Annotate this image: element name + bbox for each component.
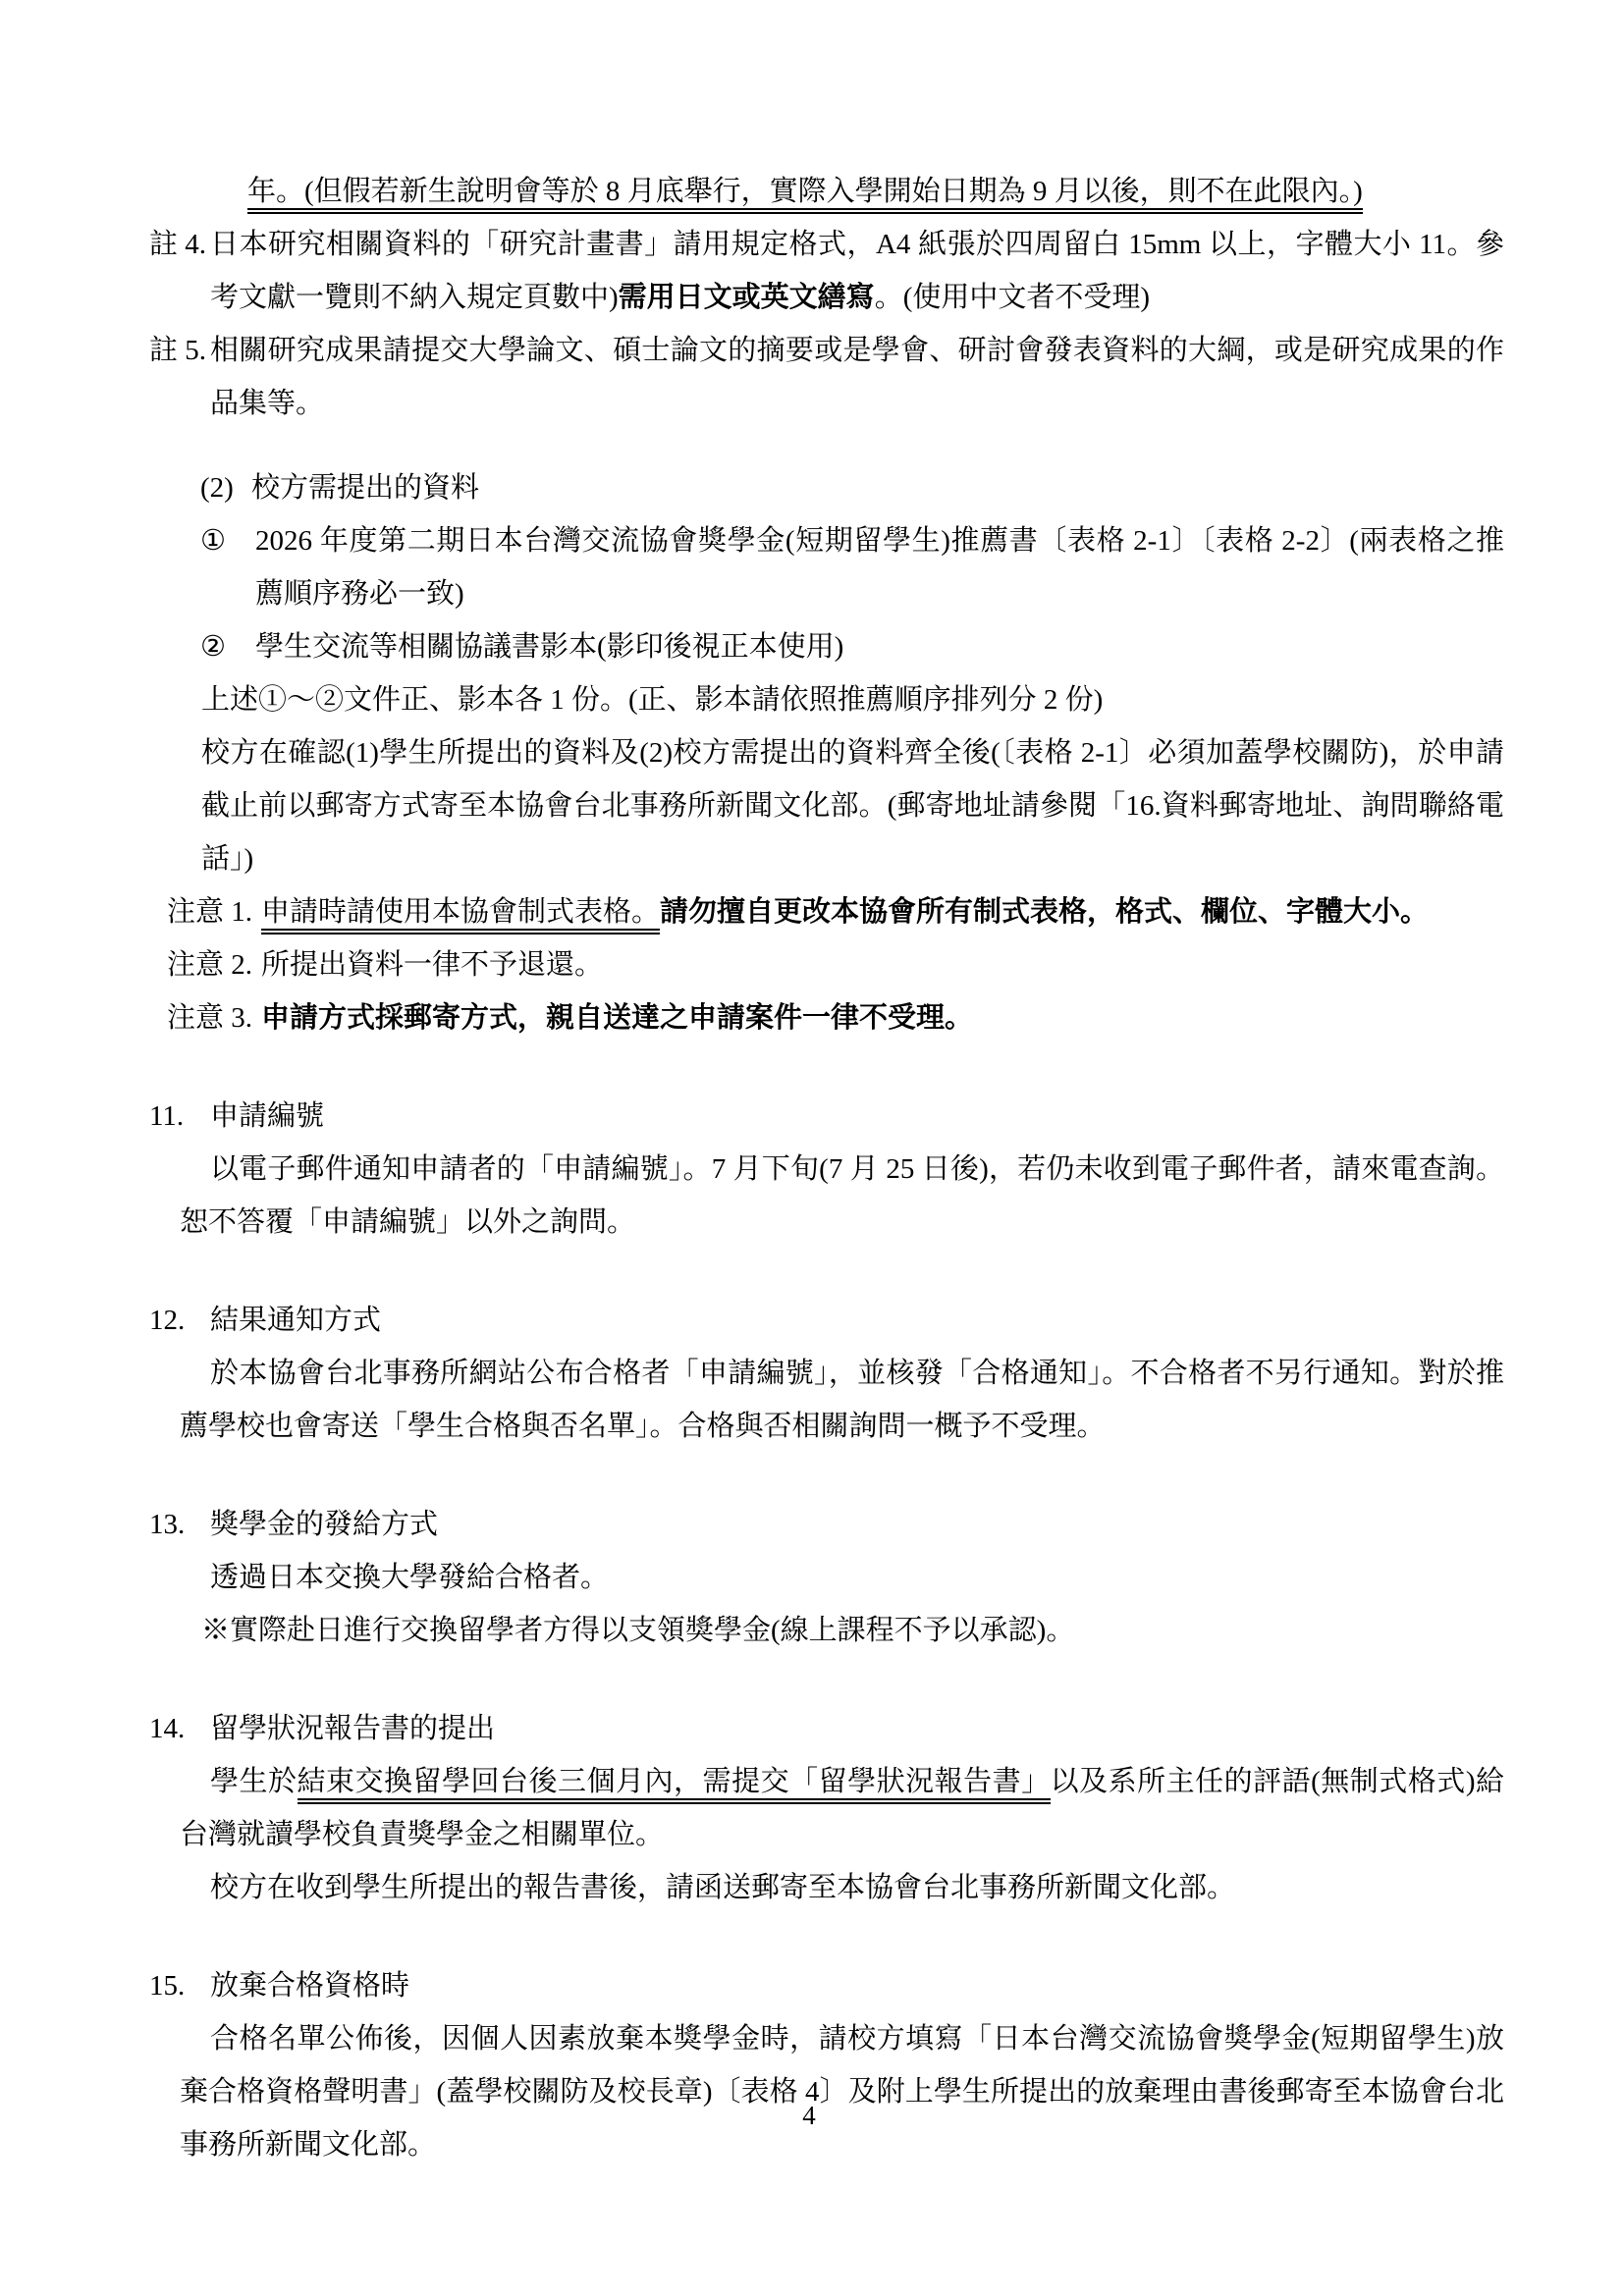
section-14-heading: 14. 留學狀況報告書的提出: [149, 1702, 1504, 1755]
caution-2: 注意 2. 所提出資料一律不予退還。: [167, 938, 1504, 991]
carryover-text: 年。(但假若新生說明會等於 8 月底舉行，實際入學開始日期為 9 月以後，則不在…: [247, 176, 1363, 214]
section-14-pre: 學生於: [210, 1766, 298, 1797]
document-body: 年。(但假若新生說明會等於 8 月底舉行，實際入學開始日期為 9 月以後，則不在…: [149, 165, 1504, 2171]
school-docs-block: (2) 校方需提出的資料 ① 2026 年度第二期日本台灣交流協會獎學金(短期留…: [200, 461, 1504, 673]
note-5-label: 註 5.: [149, 324, 210, 377]
section-11-title: 申請編號: [210, 1090, 324, 1143]
circled-1-marker: ①: [200, 514, 255, 567]
section-12-heading: 12. 結果通知方式: [149, 1294, 1504, 1347]
section-15-number: 15.: [149, 1959, 210, 2012]
section-13-number: 13.: [149, 1498, 210, 1551]
caution-2-text: 所提出資料一律不予退還。: [261, 938, 1504, 991]
school-docs-heading: (2) 校方需提出的資料: [200, 461, 1504, 514]
note-4-bold: 需用日文或英文繕寫: [619, 282, 875, 313]
list-item-1: ① 2026 年度第二期日本台灣交流協會獎學金(短期留學生)推薦書〔表格 2-1…: [200, 514, 1504, 620]
caution-1-text: 申請時請使用本協會制式表格。請勿擅自更改本協會所有制式表格，格式、欄位、字體大小…: [261, 885, 1504, 938]
section-12-title: 結果通知方式: [210, 1294, 381, 1347]
caution-1: 注意 1. 申請時請使用本協會制式表格。請勿擅自更改本協會所有制式表格，格式、欄…: [167, 885, 1504, 938]
section-14: 14. 留學狀況報告書的提出 學生於結束交換留學回台後三個月內，需提交「留學狀況…: [149, 1702, 1504, 1914]
caution-3: 注意 3. 申請方式採郵寄方式，親自送達之申請案件一律不受理。: [167, 991, 1504, 1044]
section-12-body: 於本協會台北事務所網站公布合格者「申請編號」，並核發「合格通知」。不合格者不另行…: [180, 1347, 1504, 1453]
note-5: 註 5. 相關研究成果請提交大學論文、碩士論文的摘要或是學會、研討會發表資料的大…: [149, 324, 1504, 430]
caution-1-label: 注意 1.: [167, 885, 261, 938]
caution-1-bold: 請勿擅自更改本協會所有制式表格，格式、欄位、字體大小。: [660, 896, 1429, 928]
list-item-1-text: 2026 年度第二期日本台灣交流協會獎學金(短期留學生)推薦書〔表格 2-1〕〔…: [255, 514, 1504, 620]
section-12: 12. 結果通知方式 於本協會台北事務所網站公布合格者「申請編號」，並核發「合格…: [149, 1294, 1504, 1453]
page-number: 4: [0, 2089, 1618, 2142]
section-13-title: 獎學金的發給方式: [210, 1498, 438, 1551]
section-15-heading: 15. 放棄合格資格時: [149, 1959, 1504, 2012]
list-item-2-text: 學生交流等相關協議書影本(影印後視正本使用): [255, 620, 1504, 673]
section-13-line2: ※實際赴日進行交換留學者方得以支領獎學金(線上課程不予以承認)。: [180, 1604, 1504, 1657]
docs-copies-paragraph: 上述①～②文件正、影本各 1 份。(正、影本請依照推薦順序排列分 2 份): [201, 673, 1504, 726]
section-13-line1: 透過日本交換大學發給合格者。: [180, 1551, 1504, 1604]
note-4: 註 4. 日本研究相關資料的「研究計畫書」請用規定格式，A4 紙張於四周留白 1…: [149, 218, 1504, 324]
section-14-para2: 校方在收到學生所提出的報告書後，請函送郵寄至本協會台北事務所新聞文化部。: [180, 1861, 1504, 1914]
section-12-number: 12.: [149, 1294, 210, 1347]
caution-3-label: 注意 3.: [167, 991, 261, 1044]
section-11: 11. 申請編號 以電子郵件通知申請者的「申請編號」。7 月下旬(7 月 25 …: [149, 1090, 1504, 1249]
school-docs-heading-label: (2): [200, 461, 251, 514]
section-14-body: 學生於結束交換留學回台後三個月內，需提交「留學狀況報告書」以及系所主任的評語(無…: [180, 1755, 1504, 1861]
circled-2-marker: ②: [200, 620, 255, 673]
section-11-body: 以電子郵件通知申請者的「申請編號」。7 月下旬(7 月 25 日後)，若仍未收到…: [180, 1143, 1504, 1249]
section-14-number: 14.: [149, 1702, 210, 1755]
note-5-text: 相關研究成果請提交大學論文、碩士論文的摘要或是學會、研討會發表資料的大綱，或是研…: [210, 324, 1504, 430]
section-15-title: 放棄合格資格時: [210, 1959, 409, 2012]
school-docs-heading-text: 校方需提出的資料: [251, 461, 1504, 514]
note-4-text: 日本研究相關資料的「研究計畫書」請用規定格式，A4 紙張於四周留白 15mm 以…: [210, 218, 1504, 324]
carryover-line: 年。(但假若新生說明會等於 8 月底舉行，實際入學開始日期為 9 月以後，則不在…: [247, 165, 1504, 218]
section-13: 13. 獎學金的發給方式 透過日本交換大學發給合格者。 ※實際赴日進行交換留學者…: [149, 1498, 1504, 1657]
section-13-heading: 13. 獎學金的發給方式: [149, 1498, 1504, 1551]
caution-1-underline: 申請時請使用本協會制式表格。: [261, 896, 660, 934]
note-4-part2: 。(使用中文者不受理): [875, 282, 1150, 313]
caution-2-label: 注意 2.: [167, 938, 261, 991]
caution-3-text: 申請方式採郵寄方式，親自送達之申請案件一律不受理。: [261, 991, 1504, 1044]
section-11-heading: 11. 申請編號: [149, 1090, 1504, 1143]
docs-mailing-paragraph: 校方在確認(1)學生所提出的資料及(2)校方需提出的資料齊全後(〔表格 2-1〕…: [201, 726, 1504, 885]
document-page: 年。(但假若新生說明會等於 8 月底舉行，實際入學開始日期為 9 月以後，則不在…: [0, 0, 1624, 2296]
list-item-2: ② 學生交流等相關協議書影本(影印後視正本使用): [200, 620, 1504, 673]
note-4-label: 註 4.: [149, 218, 210, 271]
section-11-number: 11.: [149, 1090, 210, 1143]
section-14-title: 留學狀況報告書的提出: [210, 1702, 495, 1755]
section-14-underline: 結束交換留學回台後三個月內，需提交「留學狀況報告書」: [298, 1766, 1051, 1804]
